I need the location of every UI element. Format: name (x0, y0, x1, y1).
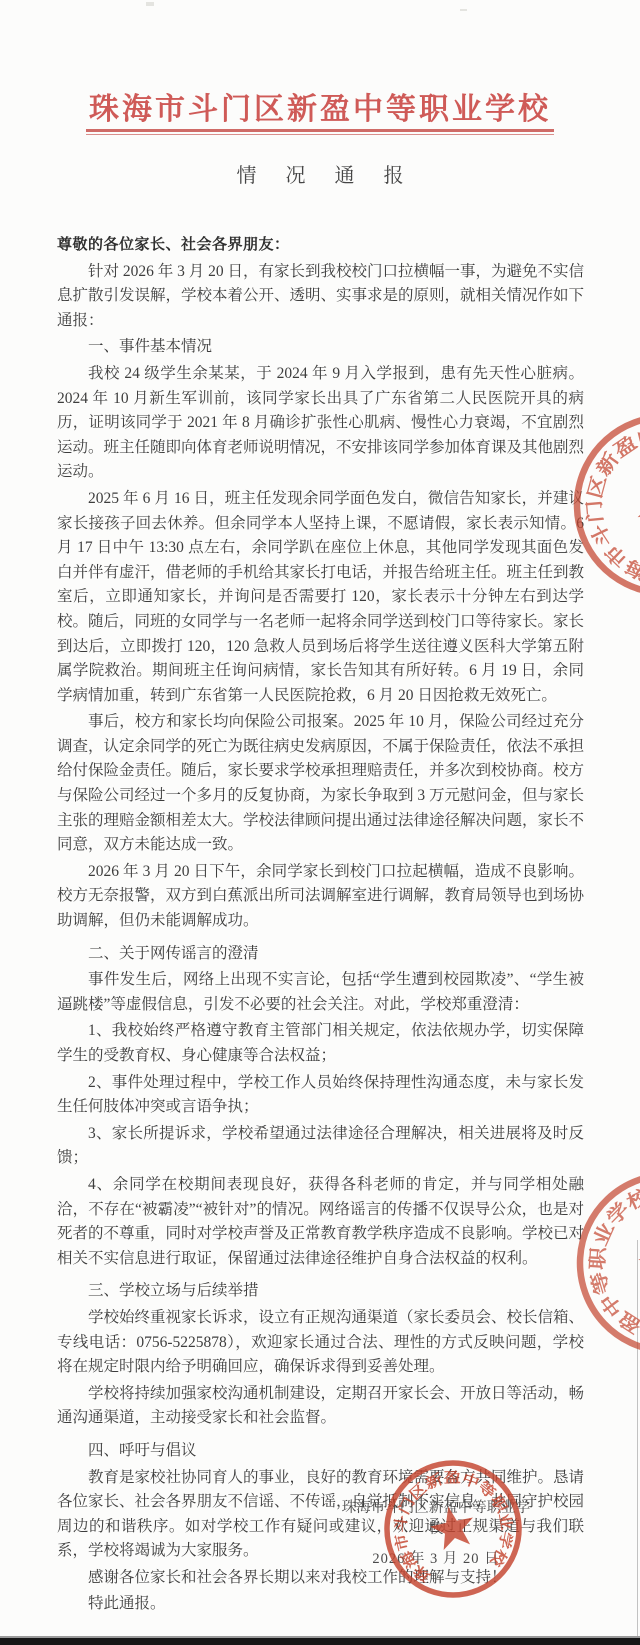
body-paragraph: 4、余同学在校期间表现良好，获得各科老师的肯定，并与同学相处融洽，不存在“被霸凌… (57, 1173, 584, 1271)
header-divider (86, 129, 554, 135)
body-paragraph: 感谢各位家长和社会各界长期以来对我校工作的理解与支持！ (57, 1566, 584, 1591)
scan-artifact (460, 9, 467, 11)
page-edge-line (637, 1240, 638, 1638)
page-bottom-edge (0, 1638, 640, 1645)
body-paragraph: 学校始终重视家长诉求，设立有正规沟通渠道（家长委员会、校长信箱、专线电话：075… (57, 1306, 584, 1380)
signature-date: 2026 年 3 月 20 日 (340, 1547, 532, 1568)
signature-school-name: 珠海市斗门区新盈中等职业学校 (340, 1496, 532, 1538)
body-paragraph: 1、我校始终严格遵守教育主管部门相关规定，依法依规办学，切实保障学生的受教育权、… (57, 1019, 584, 1068)
section-heading: 四、呼吁与倡议 (57, 1439, 584, 1464)
body-paragraph: 2、事件处理过程中，学校工作人员始终保持理性沟通态度，未与家长发生任何肢体冲突或… (57, 1071, 584, 1120)
body-paragraph: 事件发生后，网络上出现不实言论，包括“学生遭到校园欺凌”、“学生被逼跳楼”等虚假… (57, 968, 584, 1017)
scan-artifact (146, 2, 154, 6)
document-body: 尊敬的各位家长、社会各界朋友：针对 2026 年 3 月 20 日，有家长到我校… (57, 233, 584, 1619)
section-heading: 三、学校立场与后续举措 (57, 1279, 584, 1304)
section-heading: 二、关于网传谣言的澄清 (57, 942, 584, 967)
salutation-line: 尊敬的各位家长、社会各界朋友： (57, 233, 584, 258)
signature-block: 珠海市斗门区新盈中等职业学校 2026 年 3 月 20 日 (340, 1496, 532, 1568)
section-heading: 一、事件基本情况 (57, 335, 584, 360)
body-paragraph: 特此通报。 (57, 1592, 584, 1617)
body-paragraph: 针对 2026 年 3 月 20 日，有家长到我校校门口拉横幅一事，为避免不实信… (57, 260, 584, 334)
body-paragraph: 3、家长所提诉求，学校希望通过法律途径合理解决，相关进展将及时反馈； (57, 1122, 584, 1171)
notice-document-page: 珠海市斗门区新盈中等职业学校 情 况 通 报 尊敬的各位家长、社会各界朋友：针对… (0, 0, 640, 1645)
school-name-title: 珠海市斗门区新盈中等职业学校 (0, 84, 640, 128)
body-paragraph: 我校 24 级学生余某某，于 2024 年 9 月入学报到，患有先天性心脏病。2… (57, 362, 584, 485)
body-paragraph: 2026 年 3 月 20 日下午，余同学家长到校门口拉起横幅，造成不良影响。校… (57, 860, 584, 934)
body-paragraph: 事后，校方和家长均向保险公司报案。2025 年 10 月，保险公司经过充分调查，… (57, 710, 584, 858)
document-title: 情 况 通 报 (0, 159, 640, 188)
body-paragraph: 2025 年 6 月 16 日，班主任发现余同学面色发白，微信告知家长，并建议家… (57, 487, 584, 708)
body-paragraph: 学校将持续加强家校沟通机制建设，定期召开家长会、开放日等活动，畅通沟通渠道，主动… (57, 1382, 584, 1431)
